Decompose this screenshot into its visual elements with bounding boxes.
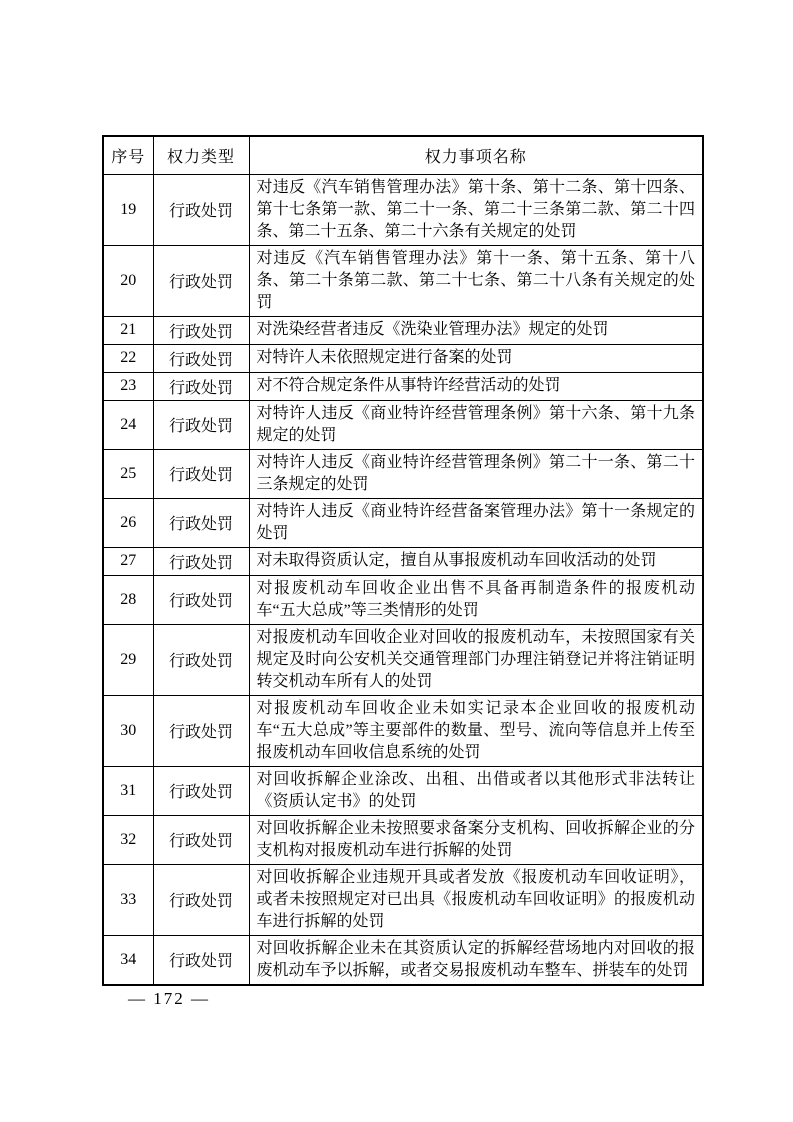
cell-type: 行政处罚 <box>153 316 249 344</box>
cell-no: 26 <box>103 498 153 547</box>
cell-no: 20 <box>103 245 153 316</box>
cell-no: 21 <box>103 316 153 344</box>
cell-type: 行政处罚 <box>153 449 249 498</box>
cell-type: 行政处罚 <box>153 372 249 400</box>
power-items-table: 序号 权力类型 权力事项名称 19行政处罚对违反《汽车销售管理办法》第十条、第十… <box>102 135 704 986</box>
table-row: 29行政处罚对报废机动车回收企业对回收的报废机动车，未按照国家有关规定及时向公安… <box>103 624 703 695</box>
cell-no: 29 <box>103 624 153 695</box>
header-power-type: 权力类型 <box>153 136 249 174</box>
cell-name: 对不符合规定条件从事特许经营活动的处罚 <box>249 372 703 400</box>
cell-name: 对回收拆解企业违规开具或者发放《报废机动车回收证明》，或者未按照规定对已出具《报… <box>249 864 703 935</box>
cell-name: 对未取得资质认定，擅自从事报废机动车回收活动的处罚 <box>249 547 703 575</box>
cell-no: 23 <box>103 372 153 400</box>
table-row: 26行政处罚对特许人违反《商业特许经营备案管理办法》第十一条规定的处罚 <box>103 498 703 547</box>
table-body: 19行政处罚对违反《汽车销售管理办法》第十条、第十二条、第十四条、第十七条第一款… <box>103 174 703 985</box>
cell-type: 行政处罚 <box>153 575 249 624</box>
table-row: 27行政处罚对未取得资质认定，擅自从事报废机动车回收活动的处罚 <box>103 547 703 575</box>
table-header-row: 序号 权力类型 权力事项名称 <box>103 136 703 174</box>
cell-name: 对洗染经营者违反《洗染业管理办法》规定的处罚 <box>249 316 703 344</box>
table-row: 34行政处罚对回收拆解企业未在其资质认定的拆解经营场地内对回收的报废机动车予以拆… <box>103 935 703 985</box>
cell-no: 22 <box>103 344 153 372</box>
cell-no: 28 <box>103 575 153 624</box>
page-number: — 172 — <box>128 989 210 1009</box>
cell-type: 行政处罚 <box>153 624 249 695</box>
cell-name: 对报废机动车回收企业对回收的报废机动车，未按照国家有关规定及时向公安机关交通管理… <box>249 624 703 695</box>
table-row: 23行政处罚对不符合规定条件从事特许经营活动的处罚 <box>103 372 703 400</box>
cell-no: 24 <box>103 400 153 449</box>
cell-name: 对回收拆解企业涂改、出租、出借或者以其他形式非法转让《资质认定书》的处罚 <box>249 766 703 815</box>
cell-name: 对特许人未依照规定进行备案的处罚 <box>249 344 703 372</box>
table-row: 28行政处罚对报废机动车回收企业出售不具备再制造条件的报废机动车“五大总成”等三… <box>103 575 703 624</box>
cell-type: 行政处罚 <box>153 547 249 575</box>
cell-no: 31 <box>103 766 153 815</box>
table-row: 21行政处罚对洗染经营者违反《洗染业管理办法》规定的处罚 <box>103 316 703 344</box>
cell-no: 33 <box>103 864 153 935</box>
table-row: 31行政处罚对回收拆解企业涂改、出租、出借或者以其他形式非法转让《资质认定书》的… <box>103 766 703 815</box>
cell-no: 34 <box>103 935 153 985</box>
cell-type: 行政处罚 <box>153 400 249 449</box>
table-row: 25行政处罚对特许人违反《商业特许经营管理条例》第二十一条、第二十三条规定的处罚 <box>103 449 703 498</box>
cell-name: 对回收拆解企业未按照要求备案分支机构、回收拆解企业的分支机构对报废机动车进行拆解… <box>249 815 703 864</box>
cell-name: 对特许人违反《商业特许经营管理条例》第十六条、第十九条规定的处罚 <box>249 400 703 449</box>
cell-name: 对特许人违反《商业特许经营备案管理办法》第十一条规定的处罚 <box>249 498 703 547</box>
cell-no: 32 <box>103 815 153 864</box>
table-row: 24行政处罚对特许人违反《商业特许经营管理条例》第十六条、第十九条规定的处罚 <box>103 400 703 449</box>
cell-name: 对违反《汽车销售管理办法》第十条、第十二条、第十四条、第十七条第一款、第二十一条… <box>249 174 703 245</box>
document-page: 序号 权力类型 权力事项名称 19行政处罚对违反《汽车销售管理办法》第十条、第十… <box>0 0 793 1122</box>
cell-name: 对报废机动车回收企业未如实记录本企业回收的报废机动车“五大总成”等主要部件的数量… <box>249 695 703 766</box>
cell-no: 27 <box>103 547 153 575</box>
cell-name: 对违反《汽车销售管理办法》第十一条、第十五条、第十八条、第二十条第二款、第二十七… <box>249 245 703 316</box>
cell-type: 行政处罚 <box>153 935 249 985</box>
cell-name: 对回收拆解企业未在其资质认定的拆解经营场地内对回收的报废机动车予以拆解，或者交易… <box>249 935 703 985</box>
cell-type: 行政处罚 <box>153 766 249 815</box>
table-row: 30行政处罚对报废机动车回收企业未如实记录本企业回收的报废机动车“五大总成”等主… <box>103 695 703 766</box>
cell-type: 行政处罚 <box>153 695 249 766</box>
table-row: 32行政处罚对回收拆解企业未按照要求备案分支机构、回收拆解企业的分支机构对报废机… <box>103 815 703 864</box>
cell-type: 行政处罚 <box>153 864 249 935</box>
cell-no: 19 <box>103 174 153 245</box>
table-row: 22行政处罚对特许人未依照规定进行备案的处罚 <box>103 344 703 372</box>
cell-name: 对特许人违反《商业特许经营管理条例》第二十一条、第二十三条规定的处罚 <box>249 449 703 498</box>
table-row: 33行政处罚对回收拆解企业违规开具或者发放《报废机动车回收证明》，或者未按照规定… <box>103 864 703 935</box>
cell-type: 行政处罚 <box>153 815 249 864</box>
header-power-item-name: 权力事项名称 <box>249 136 703 174</box>
cell-type: 行政处罚 <box>153 245 249 316</box>
header-serial-number: 序号 <box>103 136 153 174</box>
cell-type: 行政处罚 <box>153 174 249 245</box>
cell-name: 对报废机动车回收企业出售不具备再制造条件的报废机动车“五大总成”等三类情形的处罚 <box>249 575 703 624</box>
cell-no: 25 <box>103 449 153 498</box>
cell-type: 行政处罚 <box>153 344 249 372</box>
cell-type: 行政处罚 <box>153 498 249 547</box>
table-row: 19行政处罚对违反《汽车销售管理办法》第十条、第十二条、第十四条、第十七条第一款… <box>103 174 703 245</box>
table-row: 20行政处罚对违反《汽车销售管理办法》第十一条、第十五条、第十八条、第二十条第二… <box>103 245 703 316</box>
cell-no: 30 <box>103 695 153 766</box>
